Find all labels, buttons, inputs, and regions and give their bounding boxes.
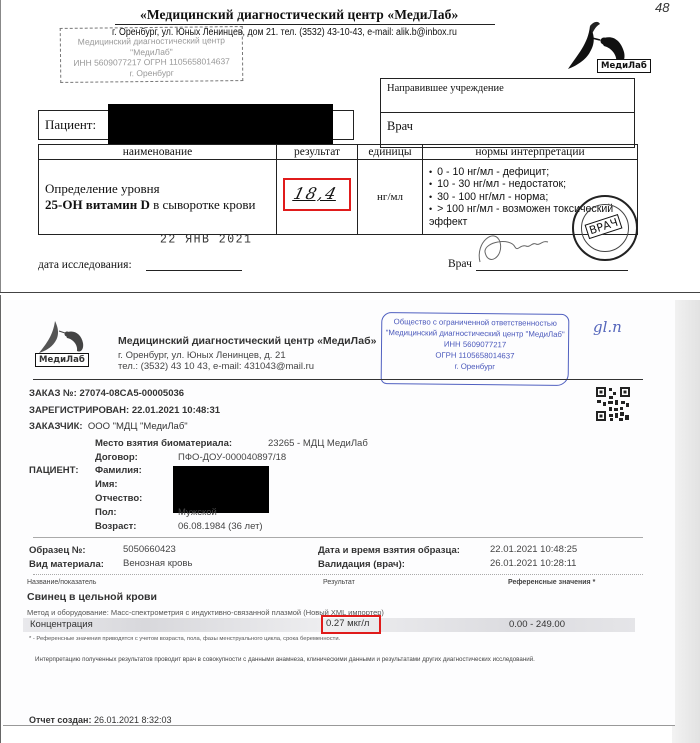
- section-divider: [33, 537, 643, 538]
- redaction-bar: [108, 104, 333, 145]
- first-name-label: Имя:: [95, 479, 118, 490]
- document-separator: [0, 292, 700, 295]
- order-value: 27074-08CA5-00005036: [79, 388, 184, 399]
- address-line: г. Оренбург, ул. Юных Ленинцев, д. 21: [118, 350, 314, 361]
- referring-box: Направившее учреждение Врач: [380, 78, 635, 148]
- study-date-line: [146, 270, 242, 271]
- report-created-label: Отчет создан:: [29, 715, 91, 725]
- norm-item: 10 - 30 нг/мл - недостаток;: [429, 178, 637, 191]
- col-name-header: Название/показатель: [27, 579, 96, 586]
- col-ref-header: Референсные значения *: [508, 579, 595, 586]
- material-value: Венозная кровь: [123, 558, 192, 569]
- sample-datetime-label: Дата и время взятия образца:: [318, 545, 460, 556]
- medilab-logo: МедиЛаб: [33, 315, 95, 373]
- vitamin-d-result-document: 48 Медицинский диагностический центр "Ме…: [0, 0, 700, 292]
- biomaterial-place-value: 23265 - МДЦ МедиЛаб: [268, 438, 368, 449]
- registered-label: ЗАРЕГИСТРИРОВАН:: [29, 405, 129, 416]
- customer-value: ООО "МДЦ "МедиЛаб": [88, 421, 188, 432]
- test-name-cell: Определение уровня 25-ОН витамин D в сыв…: [39, 160, 277, 235]
- col-result: результат: [277, 145, 358, 160]
- handwritten-initials: gl.n: [593, 318, 622, 336]
- contract-label: Договор:: [95, 452, 138, 463]
- col-name: наименование: [39, 145, 277, 160]
- order-label: ЗАКАЗ №:: [29, 388, 77, 399]
- result-cell: 18,4: [277, 160, 358, 235]
- validation-value: 26.01.2021 10:28:11: [490, 558, 576, 569]
- material-label: Вид материала:: [29, 559, 104, 570]
- col-units: единицы: [358, 145, 423, 160]
- sample-number-label: Образец №:: [29, 545, 86, 556]
- reference-range: 0.00 - 249.00: [509, 619, 565, 630]
- col-norms: нормы интерпретации: [423, 145, 638, 160]
- table-header-row: наименование результат единицы нормы инт…: [39, 145, 638, 160]
- patient-label: ПАЦИЕНТ:: [29, 465, 79, 476]
- stamp-line: г. Оренбург: [382, 360, 568, 373]
- dotted-divider: [33, 574, 643, 575]
- surname-label: Фамилия:: [95, 465, 142, 476]
- stamp-line: ИНН 5609077217 ОГРН 1105658014637: [61, 56, 242, 68]
- registered-value: 22.01.2021 10:48:31: [132, 405, 220, 416]
- norm-item: 0 - 10 нг/мл - дефицит;: [429, 166, 637, 179]
- clinic-name: Медицинский диагностический центр «МедиЛ…: [118, 335, 376, 347]
- handwritten-result: 18,4: [292, 184, 340, 203]
- logo-label: МедиЛаб: [35, 353, 89, 367]
- parameter-value: 0.27 мкг/л: [326, 618, 369, 629]
- registered-at: ЗАРЕГИСТРИРОВАН: 22.01.2021 10:48:31: [29, 405, 220, 416]
- hummingbird-flower-icon: [33, 315, 95, 355]
- scan-shadow: [672, 300, 700, 743]
- unit-cell: нг/мл: [358, 160, 423, 235]
- table-row: Концентрация 0.27 мкг/л 0.00 - 249.00: [23, 618, 635, 632]
- page-edge: [0, 0, 4, 292]
- result-highlight-box: 0.27 мкг/л: [321, 615, 381, 634]
- divider: [381, 112, 634, 113]
- redaction-bar: [173, 466, 269, 513]
- medilab-logo: МедиЛаб: [560, 14, 640, 76]
- lead-result-document: МедиЛаб Медицинский диагностический цент…: [3, 300, 675, 725]
- validation-label: Валидация (врач):: [318, 559, 405, 570]
- study-date-label: дата исследования:: [38, 259, 132, 271]
- bottom-page-edge: [3, 725, 675, 726]
- referring-institution-label: Направившее учреждение: [387, 82, 507, 95]
- test-name-line1: Определение уровня: [45, 181, 160, 196]
- contact-line: тел.: (3532) 43 10 43, e-mail: 431043@ma…: [118, 361, 314, 372]
- doctor-signature-label: Врач: [448, 258, 472, 270]
- biomaterial-place-label: Место взятия биоматериала:: [95, 438, 232, 449]
- organization-stamp: Общество с ограниченной ответственностью…: [381, 312, 570, 386]
- qr-code-icon: [596, 387, 630, 421]
- customer: ЗАКАЗЧИК: ООО "МДЦ "МедиЛаб": [29, 421, 188, 432]
- result-highlight-box: 18,4: [283, 178, 351, 211]
- sample-number-value: 5050660423: [123, 544, 176, 555]
- patient-label: Пациент:: [45, 117, 96, 133]
- doctor-round-stamp: ВРАЧ: [572, 195, 638, 261]
- patronymic-label: Отчество:: [95, 493, 142, 504]
- sex-label: Пол:: [95, 507, 117, 518]
- age-value: 06.08.1984 (36 лет): [178, 521, 263, 532]
- customer-label: ЗАКАЗЧИК:: [29, 421, 83, 432]
- sex-value: Мужской: [178, 507, 217, 518]
- logo-label: МедиЛаб: [597, 59, 651, 73]
- stamp-line: г. Оренбург: [61, 67, 242, 79]
- interpretation-note: Интерпретацию полученных результатов про…: [35, 656, 535, 663]
- header-rule: [115, 24, 495, 25]
- test-name-bold: 25-ОН витамин D: [45, 197, 150, 212]
- test-title: Свинец в цельной крови: [27, 591, 157, 603]
- report-created: Отчет создан: 26.01.2021 8:32:03: [29, 715, 172, 725]
- clinic-address: г. Оренбург, ул. Юных Ленинцев, д. 21 те…: [118, 350, 314, 372]
- doctor-signature-line: [476, 270, 628, 271]
- test-name-rest: в сыворотке крови: [150, 197, 256, 212]
- age-label: Возраст:: [95, 521, 136, 532]
- clinic-title: «Медицинский диагностический центр «Меди…: [140, 7, 458, 23]
- header-rule: [33, 379, 643, 380]
- referring-doctor-label: Врач: [387, 119, 413, 134]
- sample-datetime-value: 22.01.2021 10:48:25: [490, 544, 577, 555]
- col-result-header: Результат: [323, 579, 355, 586]
- clinic-address: г. Оренбург, ул. Юных Ленинцев, дом 21. …: [112, 27, 457, 38]
- signature-icon: [470, 222, 560, 272]
- date-stamp: 22 ЯНВ 2021: [160, 232, 252, 247]
- page-number: 48: [655, 0, 669, 15]
- order-number: ЗАКАЗ №: 27074-08CA5-00005036: [29, 388, 184, 399]
- parameter-label: Концентрация: [30, 619, 93, 630]
- contract-value: ПФО-ДОУ-000040897/18: [178, 452, 286, 463]
- report-created-value: 26.01.2021 8:32:03: [94, 715, 172, 725]
- reference-footnote: * - Референсные значения приводятся с уч…: [29, 636, 340, 642]
